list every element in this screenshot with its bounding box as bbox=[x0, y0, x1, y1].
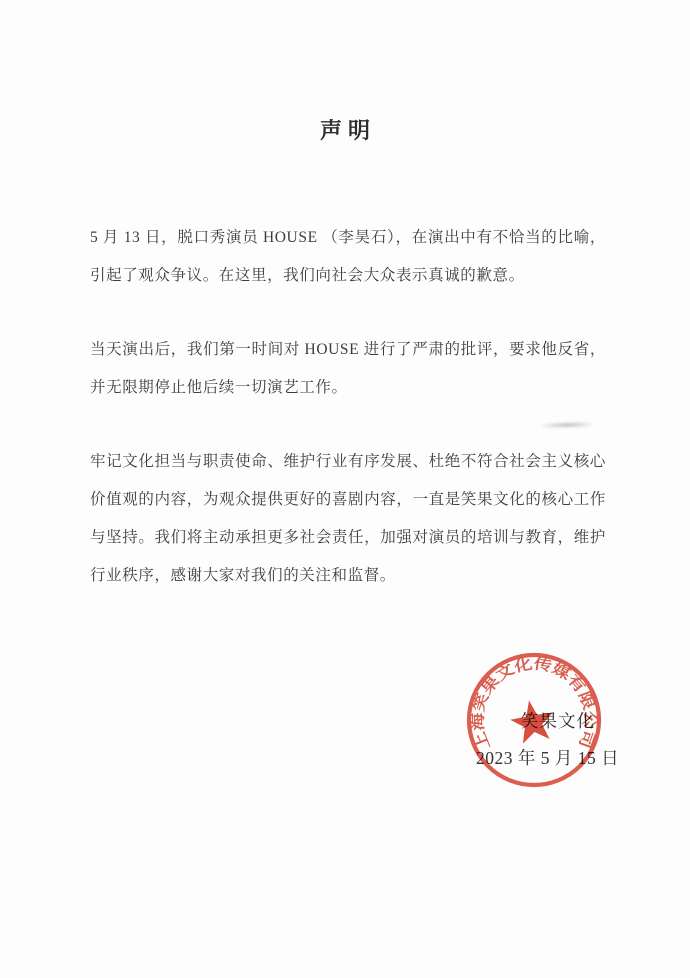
statement-title: 声明 bbox=[0, 114, 690, 145]
seal-company-name: 上海笑果文化传媒有限公司 bbox=[469, 654, 598, 752]
statement-document-page: 声明 5 月 13 日，脱口秀演员 HOUSE （李昊石），在演出中有不恰当的比… bbox=[0, 0, 690, 978]
statement-paragraph-3: 牢记文化担当与职责使命、维护行业有序发展、杜绝不符合社会主义核心价值观的内容，为… bbox=[90, 443, 606, 595]
date-text: 2023 年 5 月 15 日 bbox=[476, 745, 619, 770]
signature-text: 笑果文化 bbox=[521, 708, 595, 733]
statement-paragraph-2: 当天演出后，我们第一时间对 HOUSE 进行了严肃的批评，要求他反省，并无限期停… bbox=[90, 331, 606, 407]
statement-paragraph-1: 5 月 13 日，脱口秀演员 HOUSE （李昊石），在演出中有不恰当的比喻，引… bbox=[90, 219, 606, 295]
scan-smudge-artifact bbox=[541, 421, 593, 428]
